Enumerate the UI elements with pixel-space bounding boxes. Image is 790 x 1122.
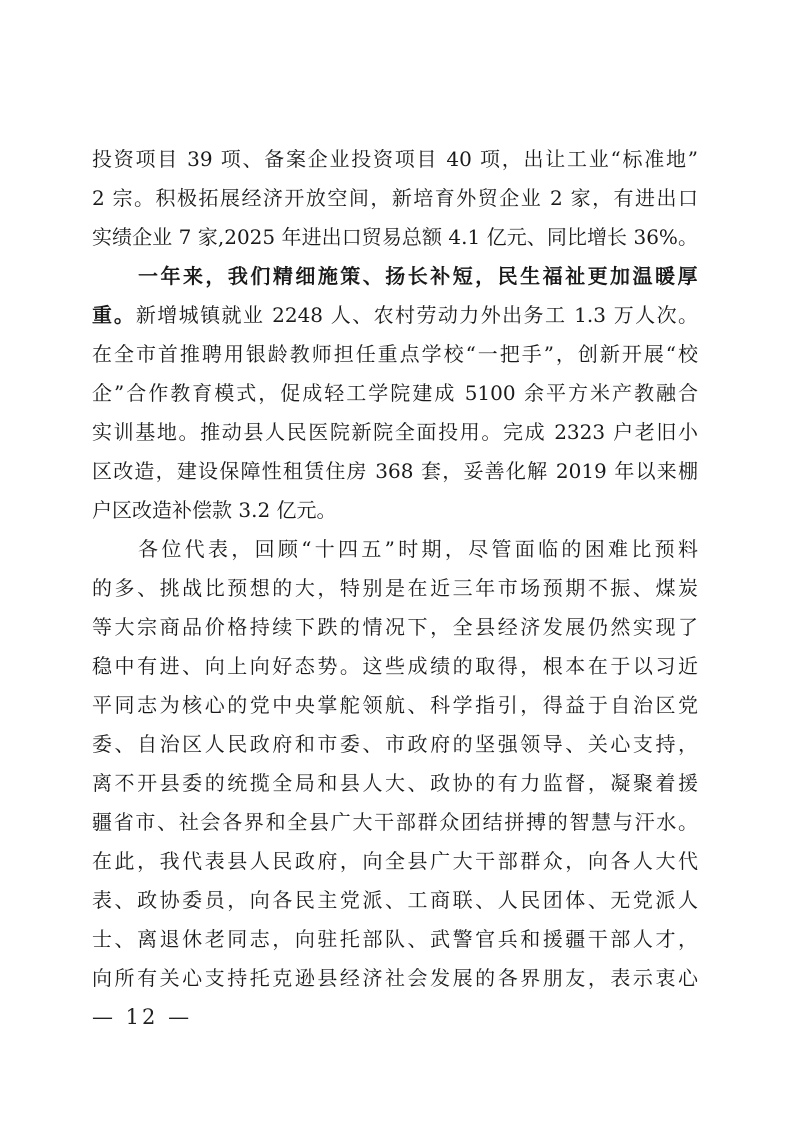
document-body: 投资项目 39 项、备案企业投资项目 40 项，出让工业“标准地”2 宗。积极拓… xyxy=(92,140,698,998)
body-text-segment: 投资项目 39 项、备案企业投资项目 40 项，出让工业“标准地” xyxy=(92,147,698,171)
text-line: 等大宗商品价格持续下跌的情况下，全县经济发展仍然实现了 xyxy=(92,608,698,647)
text-line: 2 宗。积极拓展经济开放空间，新培育外贸企业 2 家，有进出口 xyxy=(92,179,698,218)
text-line: 户区改造补偿款 3.2 亿元。 xyxy=(92,491,698,530)
text-line: 稳中有进、向上向好态势。这些成绩的取得，根本在于以习近 xyxy=(92,647,698,686)
body-text-segment: 稳中有进、向上向好态势。这些成绩的取得，根本在于以习近 xyxy=(92,654,698,678)
body-text-segment: 表、政协委员，向各民主党派、工商联、人民团体、无党派人 xyxy=(92,888,698,912)
text-line: 的多、挑战比预想的大，特别是在近三年市场预期不振、煤炭 xyxy=(92,569,698,608)
text-line: 区改造，建设保障性租赁住房 368 套，妥善化解 2019 年以来棚 xyxy=(92,452,698,491)
text-line: 重。新增城镇就业 2248 人、农村劳动力外出务工 1.3 万人次。 xyxy=(92,296,698,335)
paragraph-review-and-thanks: 各位代表，回顾“十四五”时期，尽管面临的困难比预料的多、挑战比预想的大，特别是在… xyxy=(92,530,698,998)
body-text-segment: 士、离退休老同志，向驻托部队、武警官兵和援疆干部人才， xyxy=(92,927,698,951)
body-text-segment: 向所有关心支持托克逊县经济社会发展的各界朋友，表示衷心 xyxy=(92,966,698,990)
bold-text-segment: 重。 xyxy=(92,303,136,327)
body-text-segment: 实绩企业 7 家,2025 年进出口贸易总额 4.1 亿元、同比增长 36%。 xyxy=(92,225,698,249)
body-text-segment: 户区改造补偿款 3.2 亿元。 xyxy=(92,498,337,522)
text-line: 各位代表，回顾“十四五”时期，尽管面临的困难比预料 xyxy=(92,530,698,569)
body-text-segment: 2 宗。积极拓展经济开放空间，新培育外贸企业 2 家，有进出口 xyxy=(92,186,698,210)
text-line: 企”合作教育模式，促成轻工学院建成 5100 余平方米产教融合 xyxy=(92,374,698,413)
body-text-segment: 的多、挑战比预想的大，特别是在近三年市场预期不振、煤炭 xyxy=(92,576,698,600)
text-line: 委、自治区人民政府和市委、市政府的坚强领导、关心支持， xyxy=(92,725,698,764)
text-line: 士、离退休老同志，向驻托部队、武警官兵和援疆干部人才， xyxy=(92,920,698,959)
text-line: 一年来，我们精细施策、扬长补短，民生福祉更加温暖厚 xyxy=(92,257,698,296)
text-line: 实训基地。推动县人民医院新院全面投用。完成 2323 户老旧小 xyxy=(92,413,698,452)
body-text-segment: 区改造，建设保障性租赁住房 368 套，妥善化解 2019 年以来棚 xyxy=(92,459,698,483)
body-text-segment: 在此，我代表县人民政府，向全县广大干部群众，向各人大代 xyxy=(92,849,698,873)
text-line: 在此，我代表县人民政府，向全县广大干部群众，向各人大代 xyxy=(92,842,698,881)
text-line: 投资项目 39 项、备案企业投资项目 40 项，出让工业“标准地” xyxy=(92,140,698,179)
body-text-segment: 各位代表，回顾“十四五”时期，尽管面临的困难比预料 xyxy=(138,537,698,561)
paragraph-economy-continued: 投资项目 39 项、备案企业投资项目 40 项，出让工业“标准地”2 宗。积极拓… xyxy=(92,140,698,257)
text-line: 实绩企业 7 家,2025 年进出口贸易总额 4.1 亿元、同比增长 36%。 xyxy=(92,218,698,257)
text-line: 疆省市、社会各界和全县广大干部群众团结拼搏的智慧与汗水。 xyxy=(92,803,698,842)
body-text-segment: 委、自治区人民政府和市委、市政府的坚强领导、关心支持， xyxy=(92,732,698,756)
paragraph-livelihood: 一年来，我们精细施策、扬长补短，民生福祉更加温暖厚重。新增城镇就业 2248 人… xyxy=(92,257,698,530)
text-line: 在全市首推聘用银龄教师担任重点学校“一把手”，创新开展“校 xyxy=(92,335,698,374)
bold-text-segment: 一年来，我们精细施策、扬长补短，民生福祉更加温暖厚 xyxy=(138,264,698,288)
body-text-segment: 离不开县委的统揽全局和县人大、政协的有力监督，凝聚着援 xyxy=(92,771,698,795)
body-text-segment: 在全市首推聘用银龄教师担任重点学校“一把手”，创新开展“校 xyxy=(92,342,698,366)
body-text-segment: 实训基地。推动县人民医院新院全面投用。完成 2323 户老旧小 xyxy=(92,420,698,444)
body-text-segment: 疆省市、社会各界和全县广大干部群众团结拼搏的智慧与汗水。 xyxy=(92,810,698,834)
body-text-segment: 新增城镇就业 2248 人、农村劳动力外出务工 1.3 万人次。 xyxy=(136,303,698,327)
text-line: 平同志为核心的党中央掌舵领航、科学指引，得益于自治区党 xyxy=(92,686,698,725)
document-page: 投资项目 39 项、备案企业投资项目 40 项，出让工业“标准地”2 宗。积极拓… xyxy=(0,0,790,1122)
body-text-segment: 等大宗商品价格持续下跌的情况下，全县经济发展仍然实现了 xyxy=(92,615,698,639)
page-number: — 12 — xyxy=(92,1002,192,1032)
body-text-segment: 平同志为核心的党中央掌舵领航、科学指引，得益于自治区党 xyxy=(92,693,698,717)
text-line: 表、政协委员，向各民主党派、工商联、人民团体、无党派人 xyxy=(92,881,698,920)
body-text-segment: 企”合作教育模式，促成轻工学院建成 5100 余平方米产教融合 xyxy=(92,381,698,405)
text-line: 离不开县委的统揽全局和县人大、政协的有力监督，凝聚着援 xyxy=(92,764,698,803)
text-line: 向所有关心支持托克逊县经济社会发展的各界朋友，表示衷心 xyxy=(92,959,698,998)
